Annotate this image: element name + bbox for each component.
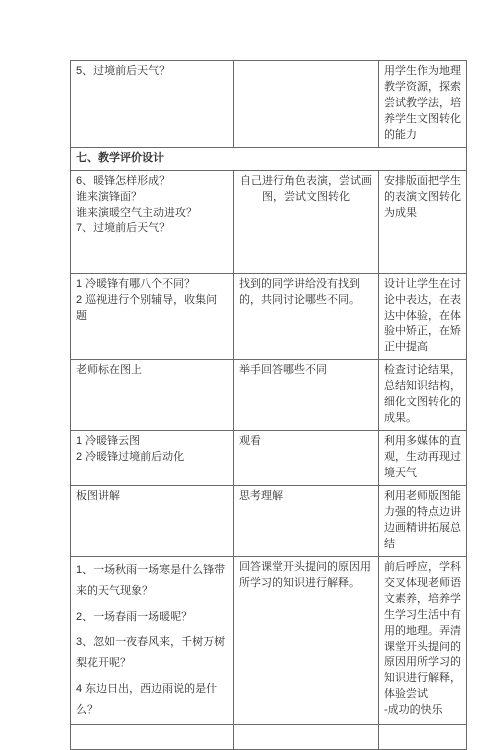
cell-text: 3、忽如一夜春风来，千树万树梨花开呢？ xyxy=(76,632,228,674)
table-row: 5、过境前后天气？ 用学生作为地理教学资源，探索尝试教学法，培养学生文图转化的能… xyxy=(71,61,467,148)
cell-text: 自己进行角色表演，尝试画图，尝试文图转化 xyxy=(239,174,373,206)
cell-student-activity: 回答课堂开头提问的原因用所学习的知识进行解释。 xyxy=(234,556,379,724)
cell-student-activity-empty xyxy=(234,61,379,148)
cell-text: 安排版面把学生的表演文图转化为成果 xyxy=(384,174,461,222)
cell-text: 谁来演锋面？ xyxy=(76,190,228,206)
cell-text: 思考理解 xyxy=(239,489,373,505)
cell-design-intent: 利用老师版图能力强的特点边讲边画精讲拓展总结 xyxy=(379,486,467,557)
cell-text: 6、暖锋怎样形成？ xyxy=(76,174,228,190)
cell-text: 5、过境前后天气？ xyxy=(76,64,228,80)
cell-text: 2 冷暖锋过境前后动化 xyxy=(76,450,228,466)
cell-student-activity: 自己进行角色表演，尝试画图，尝试文图转化 xyxy=(234,170,379,273)
cell-teacher-activity: 1 冷暖锋有哪八个不同？ 2 巡视进行个别辅导，收集问题 xyxy=(71,273,234,360)
cell-design-intent: 前后呼应，学科交叉体现老师语文素养，培养学生学习生活中有用的地理。弄清课堂开头提… xyxy=(379,556,467,724)
cell-text: 谁来演暖空气主动进攻？ xyxy=(76,206,228,222)
cell-student-activity: 举手回答哪些不同 xyxy=(234,360,379,431)
section-header-cell: 七、教学评价设计 xyxy=(71,147,467,170)
cell-empty xyxy=(379,725,467,750)
cell-text: -成功的快乐 xyxy=(384,703,461,719)
table-row: 板图讲解 思考理解 利用老师版图能力强的特点边讲边画精讲拓展总结 xyxy=(71,486,467,557)
cell-empty xyxy=(71,725,234,750)
cell-text: 老师标在图上 xyxy=(76,363,228,379)
cell-text: 前后呼应，学科交叉体现老师语文素养，培养学生学习生活中有用的地理。弄清课堂开头提… xyxy=(384,560,461,703)
cell-text: 检查讨论结果，总结知识结构，细化文图转化的成果。 xyxy=(384,363,461,427)
table-row: 老师标在图上 举手回答哪些不同 检查讨论结果，总结知识结构，细化文图转化的成果。 xyxy=(71,360,467,431)
cell-student-activity: 思考理解 xyxy=(234,486,379,557)
table-row: 1 冷暖锋云图 2 冷暖锋过境前后动化 观看 利用多媒体的直观，生动再现过境天气 xyxy=(71,431,467,486)
cell-text: 2、一场春雨一场暖呢？ xyxy=(76,607,228,628)
cell-text: 设计让学生在讨论中表达，在表达中体验，在体验中矫正，在矫正中提高 xyxy=(384,277,461,357)
section-title: 七、教学评价设计 xyxy=(76,152,164,164)
cell-design-intent: 检查讨论结果，总结知识结构，细化文图转化的成果。 xyxy=(379,360,467,431)
cell-teacher-activity: 6、暖锋怎样形成？ 谁来演锋面？ 谁来演暖空气主动进攻？ 7、过境前后天气？ xyxy=(71,170,234,273)
cell-design-intent: 利用多媒体的直观，生动再现过境天气 xyxy=(379,431,467,486)
cell-text: 找到的同学讲给没有找到的，共同讨论哪些不同。 xyxy=(239,277,373,309)
cell-text: 2 巡视进行个别辅导，收集问题 xyxy=(76,293,228,325)
cell-student-activity: 找到的同学讲给没有找到的，共同讨论哪些不同。 xyxy=(234,273,379,360)
cell-text: 4 东边日出，西边雨说的是什么？ xyxy=(76,679,228,721)
cell-text: 回答课堂开头提问的原因用所学习的知识进行解释。 xyxy=(239,560,373,592)
table-row xyxy=(71,725,467,750)
table-row: 1、一场秋雨一场寒是什么锋带来的天气现象？ 2、一场春雨一场暖呢？ 3、忽如一夜… xyxy=(71,556,467,724)
section-header-row: 七、教学评价设计 xyxy=(71,147,467,170)
cell-text: 观看 xyxy=(239,434,373,450)
cell-teacher-activity: 板图讲解 xyxy=(71,486,234,557)
cell-student-activity: 观看 xyxy=(234,431,379,486)
table-row: 1 冷暖锋有哪八个不同？ 2 巡视进行个别辅导，收集问题 找到的同学讲给没有找到… xyxy=(71,273,467,360)
cell-teacher-activity: 1 冷暖锋云图 2 冷暖锋过境前后动化 xyxy=(71,431,234,486)
cell-text: 1、一场秋雨一场寒是什么锋带来的天气现象？ xyxy=(76,560,228,602)
cell-text: 举手回答哪些不同 xyxy=(239,363,373,379)
cell-text: 7、过境前后天气？ xyxy=(76,221,228,237)
cell-text: 利用多媒体的直观，生动再现过境天气 xyxy=(384,434,461,482)
cell-empty xyxy=(234,725,379,750)
cell-design-intent: 设计让学生在讨论中表达，在表达中体验，在体验中矫正，在矫正中提高 xyxy=(379,273,467,360)
cell-text: 利用老师版图能力强的特点边讲边画精讲拓展总结 xyxy=(384,489,461,553)
cell-design-intent: 安排版面把学生的表演文图转化为成果 xyxy=(379,170,467,273)
lesson-plan-table: 5、过境前后天气？ 用学生作为地理教学资源，探索尝试教学法，培养学生文图转化的能… xyxy=(70,60,467,750)
cell-teacher-activity: 5、过境前后天气？ xyxy=(71,61,234,148)
cell-text: 板图讲解 xyxy=(76,489,228,505)
cell-teacher-activity: 老师标在图上 xyxy=(71,360,234,431)
cell-text: 用学生作为地理教学资源，探索尝试教学法，培养学生文图转化的能力 xyxy=(384,64,461,144)
cell-teacher-activity: 1、一场秋雨一场寒是什么锋带来的天气现象？ 2、一场春雨一场暖呢？ 3、忽如一夜… xyxy=(71,556,234,724)
cell-design-intent: 用学生作为地理教学资源，探索尝试教学法，培养学生文图转化的能力 xyxy=(379,61,467,148)
cell-text: 1 冷暖锋云图 xyxy=(76,434,228,450)
cell-text: 1 冷暖锋有哪八个不同？ xyxy=(76,277,228,293)
document-page: { "page": { "background": "#ffffff", "te… xyxy=(0,0,500,707)
table-row: 6、暖锋怎样形成？ 谁来演锋面？ 谁来演暖空气主动进攻？ 7、过境前后天气？ 自… xyxy=(71,170,467,273)
